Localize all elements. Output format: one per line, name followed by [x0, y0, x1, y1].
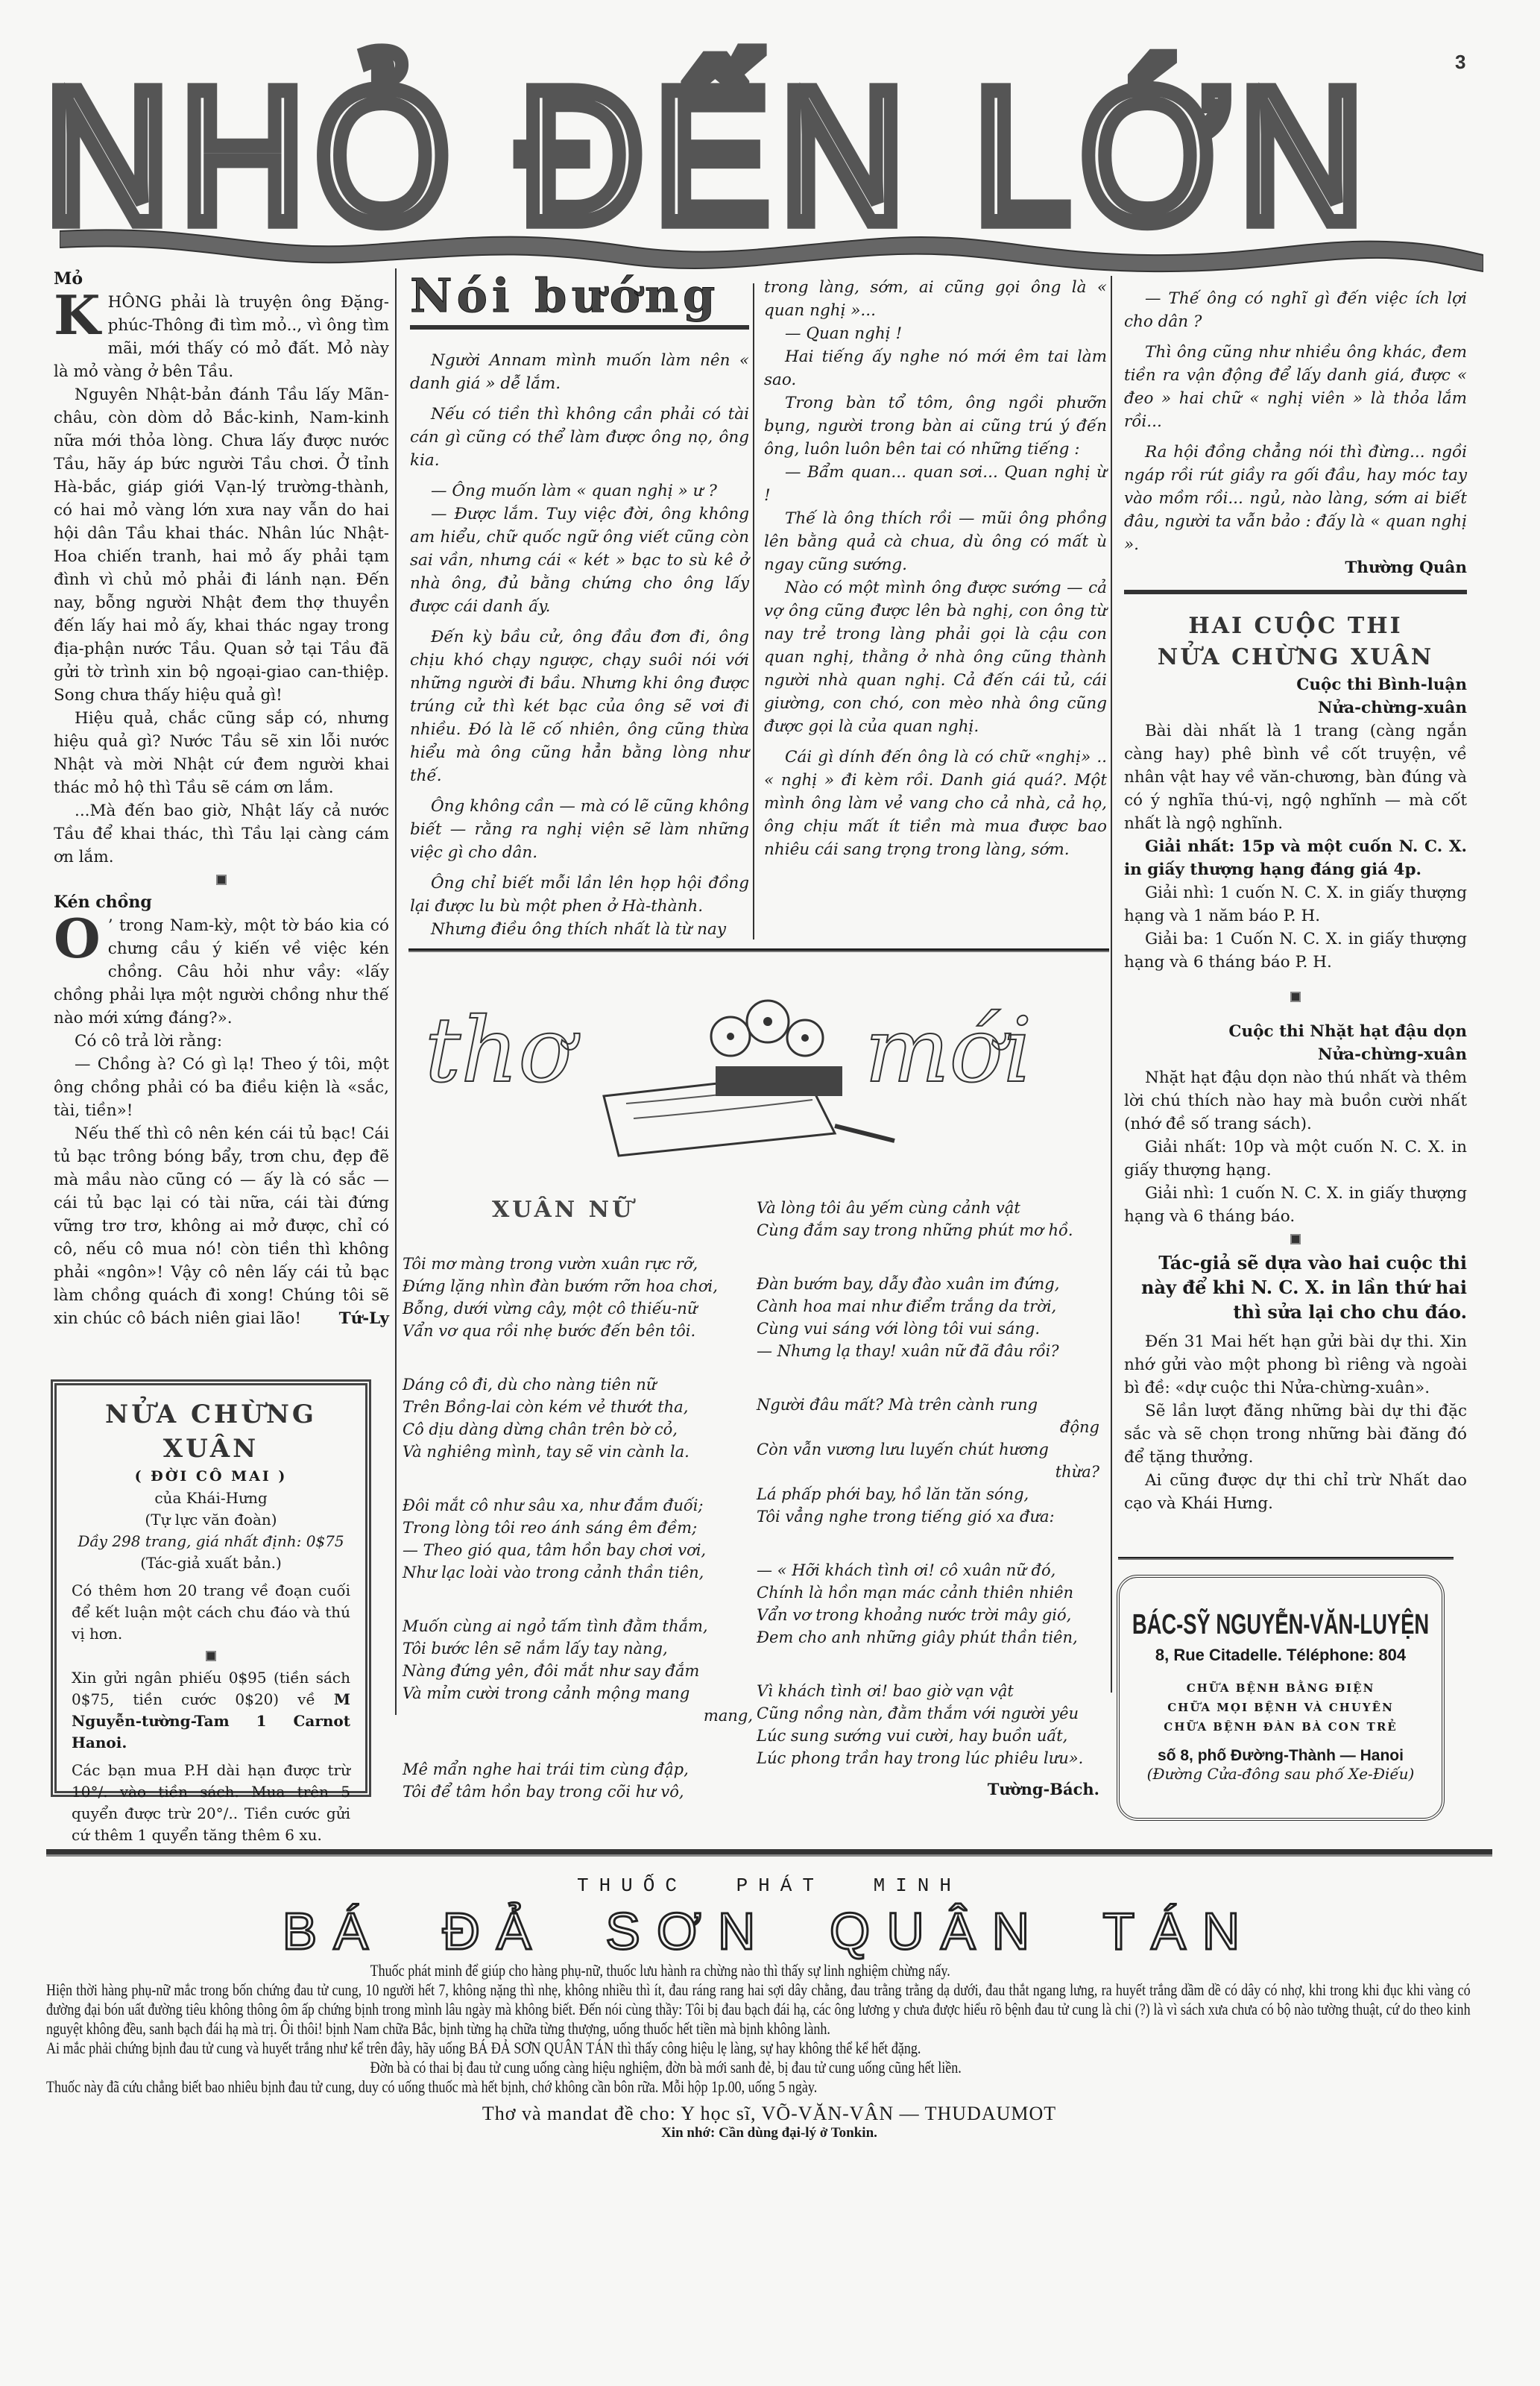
contest-ornament [1290, 992, 1301, 1002]
masthead-title: NHỎ ĐẾN LỚN [45, 75, 1483, 239]
col4-p2: Thì ông cũng như nhiều ông khác, đem tiề… [1124, 341, 1467, 433]
contest-publish: Sẽ lần lượt đăng những bài dự thi đặc sắ… [1124, 1400, 1467, 1469]
page-number: 3 [1455, 51, 1465, 74]
noi-buong-p4: — Được lắm. Tuy việc đời, ông không am h… [410, 503, 749, 618]
poem-stanza: Muốn cùng ai ngỏ tấm tình đằm thắm, Tôi … [403, 1615, 753, 1727]
column-4: — Thế ông có nghĩ gì đến việc ích lợi ch… [1124, 287, 1467, 1515]
col4-p1: — Thế ông có nghĩ gì đến việc ích lợi ch… [1124, 287, 1467, 333]
book-ad-price: Dầy 298 trang, giá nhất định: 0$75 [72, 1531, 350, 1552]
article-mo-title: Mỏ [54, 268, 389, 291]
poem-stanza: Người đâu mất? Mà trên cành rung động Cò… [757, 1394, 1099, 1528]
contest2-title: Cuộc thi Nhặt hạt đậu dọn Nửa-chừng-xuân [1124, 1020, 1467, 1066]
col4-rule [1124, 590, 1467, 594]
column-2-noi-buong: Nói bướng Người Annam mình muốn làm nên … [410, 270, 749, 941]
contest-ornament-2 [1290, 1234, 1301, 1244]
book-ad-group: (Tự lực văn đoàn) [72, 1509, 350, 1531]
book-ad-publisher: (Tác-giả xuất bản.) [72, 1552, 350, 1574]
col3-p6: Thế là ông thích rồi — mũi ông phồng lên… [764, 507, 1107, 576]
medicine-ad-top-rule [46, 1849, 1492, 1857]
doctor-address: 8, Rue Citadelle. Téléphone: 804 [1127, 1646, 1434, 1665]
moi-script-word: mới [865, 999, 1032, 1103]
contest-note: Tác-giả sẽ dựa vào hai cuộc thi này để k… [1124, 1250, 1467, 1324]
noi-buong-p8: Nhưng điều ông thích nhất là từ nay [410, 918, 749, 941]
noi-buong-p5: Đến kỳ bầu cử, ông đầu đơn đi, ông chịu … [410, 626, 749, 787]
book-ad-author: của Khái-Hưng [72, 1488, 350, 1509]
box-ornament [206, 1651, 216, 1661]
article-mo-p4: ...Mà đến bao giờ, Nhật lấy cả nước Tầu … [54, 799, 389, 869]
poem-left-column: Tôi mơ màng trong vườn xuân rực rỡ, Đứng… [403, 1253, 753, 1834]
poem-author: Tường-Bách. [757, 1778, 1099, 1801]
book-ad-order: Xin gửi ngân phiếu 0$95 (tiền sách 0$75,… [72, 1667, 350, 1754]
contest1-prize1: Giải nhất: 15p và một cuốn N. C. X. in g… [1124, 835, 1467, 881]
poetry-top-rule [408, 948, 1109, 952]
column-1: Mỏ K HÔNG phải là truyện ông Đặng-phúc-T… [54, 265, 389, 1330]
noi-buong-p6: Ông không cần — mà có lẽ cũng không biết… [410, 795, 749, 864]
medicine-ad: THUỐC PHÁT MINH BÁ ĐẢ SƠN QUÂN TÁN Thuốc… [46, 1849, 1492, 2141]
book-ad-nua-chung-xuan: NỬA CHỪNG XUÂN ( ĐỜI CÔ MAI ) của Khái-H… [51, 1379, 371, 1797]
article-mo-p2: Nguyên Nhật-bản đánh Tầu lấy Mãn-châu, c… [54, 383, 389, 707]
book-ad-title: NỬA CHỪNG XUÂN [72, 1397, 350, 1466]
noi-buong-title: Nói bướng [410, 270, 749, 322]
poem-stanza: Vì khách tình ơi! bao giờ vạn vật Cũng n… [757, 1680, 1099, 1769]
article-ken-chong-p2: Có cô trả lời rằng: [54, 1030, 389, 1053]
col3-p2: — Quan nghị ! [764, 322, 1107, 345]
noi-buong-p1: Người Annam mình muốn làm nên « danh giá… [410, 349, 749, 395]
contest2-prize2: Giải nhì: 1 cuốn N. C. X. in giấy thượng… [1124, 1182, 1467, 1228]
doctor-name: BÁC-SỸ NGUYỄN-VĂN-LUYỆN [1127, 1609, 1434, 1641]
article-mo-p3: Hiệu quả, chắc cũng sắp có, nhưng hiệu q… [54, 707, 389, 799]
contest2-prize1: Giải nhất: 10p và một cuốn N. C. X. in g… [1124, 1136, 1467, 1182]
tho-script-word: thơ [425, 999, 572, 1103]
doctor-ad-top-rule [1118, 1557, 1454, 1560]
contest1-prize3: Giải ba: 1 Cuốn N. C. X. in giấy thượng … [1124, 928, 1467, 974]
contest1-title: Cuộc thi Bình-luận Nửa-chừng-xuân [1124, 673, 1467, 720]
column-3: trong làng, sớm, ai cũng gọi ông là « qu… [764, 276, 1107, 861]
article-ken-chong-p3: — Chồng à? Có gì lạ! Theo ý tôi, một ông… [54, 1053, 389, 1122]
noi-buong-p2: Nếu có tiền thì không cần phải có tài cá… [410, 403, 749, 472]
poem-right-column: Và lòng tôi âu yếm cùng cảnh vật Cùng đắ… [757, 1197, 1099, 1801]
doctor-address-vn: số 8, phố Đường-Thành — Hanoi [1127, 1747, 1434, 1765]
contest2-body: Nhặt hạt đậu dọn nào thú nhất và thêm lờ… [1124, 1066, 1467, 1136]
col3-p4: Trong bàn tổ tôm, ông ngồi phưỡn bụng, n… [764, 391, 1107, 461]
medicine-ad-body: Thuốc phát minh để giúp cho hàng phụ-nữ,… [46, 1961, 1471, 2097]
poem-stanza: Mê mẩn nghe hai trái tim cùng đập, Tôi đ… [403, 1758, 753, 1803]
article-ken-chong-author: Tứ-Ly [318, 1307, 389, 1330]
contest-eligibility: Ai cũng được dự thi chỉ trừ Nhất dao cạo… [1124, 1469, 1467, 1515]
noi-buong-p7: Ông chỉ biết mỗi lần lên họp hội đồng lạ… [410, 872, 749, 918]
medicine-ad-kicker: THUỐC PHÁT MINH [46, 1875, 1492, 1897]
article-ken-chong-p4: Nếu thế thì cô nên kén cái tủ bạc! Cái t… [54, 1122, 389, 1330]
noi-buong-p3: — Ông muốn làm « quan nghị » ư ? [410, 479, 749, 503]
poem-stanza: Đàn bướm bay, dẫy đào xuân im đứng, Cành… [757, 1273, 1099, 1362]
col3-p3: Hai tiếng ấy nghe nó mới êm tai làm sao. [764, 345, 1107, 391]
doctor-services: CHỮA BỆNH BẰNG ĐIỆN CHỮA MỌI BỆNH VÀ CHU… [1127, 1678, 1434, 1737]
column-divider-3 [1111, 276, 1112, 1693]
col4-p3: Ra hội đồng chẳng nói thì đừng... ngồi n… [1124, 441, 1467, 556]
medicine-ad-brand: BÁ ĐẢ SƠN QUÂN TÁN [46, 1901, 1492, 1961]
poem-stanza: Và lòng tôi âu yếm cùng cảnh vật Cùng đắ… [757, 1197, 1099, 1241]
book-ad-extra: Có thêm hơn 20 trang về đoạn cuối để kết… [72, 1580, 350, 1645]
article-ken-chong-p1: O ’ trong Nam-kỳ, một tờ báo kia có chưn… [54, 914, 389, 1030]
poem-stanza: Đôi mắt cô như sâu xa, như đắm đuối; Tro… [403, 1494, 753, 1584]
noi-buong-rule [410, 325, 749, 330]
col3-p7: Nào có một mình ông được sướng — cả vợ ô… [764, 576, 1107, 738]
doctor-ad: BÁC-SỸ NGUYỄN-VĂN-LUYỆN 8, Rue Citadelle… [1117, 1575, 1445, 1821]
article-ken-chong-title: Kén chồng [54, 891, 389, 914]
book-ad-discount: Các bạn mua P.H dài hạn được trừ 10°/. v… [72, 1760, 350, 1846]
section-ornament [216, 875, 227, 885]
doctor-directions: (Đường Cửa-đông sau phố Xe-Điếu) [1127, 1765, 1434, 1783]
poem-stanza: Dáng cô đi, dù cho nàng tiên nữ Trên Bồn… [403, 1373, 753, 1463]
poem-stanza: — « Hỡi khách tình ơi! cô xuân nữ đó, Ch… [757, 1559, 1099, 1649]
contest-deadline: Đến 31 Mai hết hạn gửi bài dự thi. Xin n… [1124, 1330, 1467, 1400]
col3-p5: — Bẩm quan... quan sơi... Quan nghị ừ ! [764, 461, 1107, 507]
dropcap-o: O [54, 916, 101, 962]
masthead: NHỎ ĐẾN LỚN [45, 75, 1483, 224]
column-divider-2 [753, 283, 754, 939]
contest1-prize2: Giải nhì: 1 cuốn N. C. X. in giấy thượng… [1124, 881, 1467, 928]
poem-title: XUÂN NỮ [492, 1197, 634, 1223]
col3-p1: trong làng, sớm, ai cũng gọi ông là « qu… [764, 276, 1107, 322]
contest-header: HAI CUỘC THI NỬA CHỪNG XUÂN [1124, 611, 1467, 673]
contest1-body: Bài dài nhất là 1 trang (càng ngắn càng … [1124, 720, 1467, 835]
tho-moi-header: thơ mới [417, 984, 1103, 1163]
col4-author: Thường Quân [1124, 556, 1467, 579]
poem-stanza: Tôi mơ màng trong vườn xuân rực rỡ, Đứng… [403, 1253, 753, 1342]
medicine-ad-send-to: Thơ và mandat đề cho: Y học sĩ, VÕ-VĂN-V… [46, 2103, 1492, 2125]
dropcap-k: K [54, 292, 101, 339]
column-divider-1 [395, 268, 397, 1715]
medicine-ad-note: Xin nhớ: Cần dùng đại-lý ở Tonkin. [46, 2125, 1492, 2141]
book-ad-subtitle: ( ĐỜI CÔ MAI ) [72, 1466, 350, 1488]
article-mo-p1: K HÔNG phải là truyện ông Đặng-phúc-Thôn… [54, 291, 389, 383]
col3-p8: Cái gì dính đến ông là có chữ «nghị» .. … [764, 746, 1107, 861]
